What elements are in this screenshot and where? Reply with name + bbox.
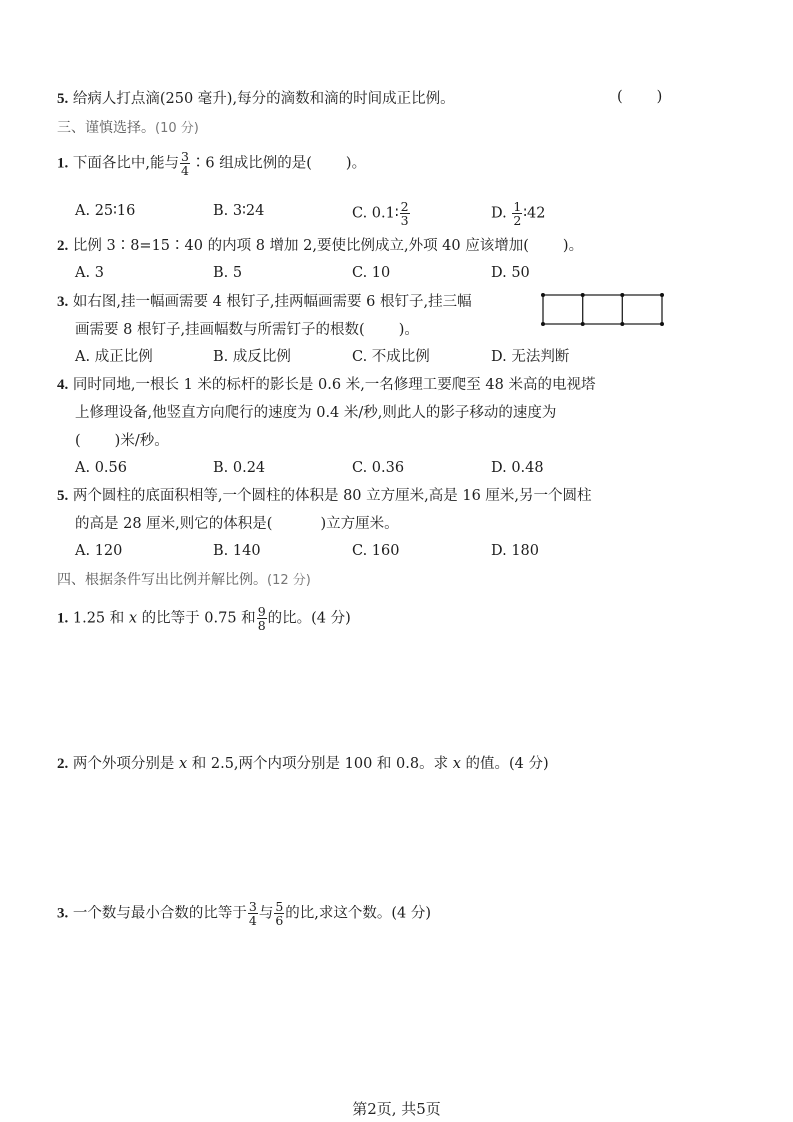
question-text-end: )。 [399,322,419,338]
answer-area-1[interactable] [57,640,677,740]
choice-question-1: 1. 下面各比中,能与34∶6 组成比例的是()。 [57,150,366,177]
option-text: D. [491,206,507,222]
solve-question-2: 2. 两个外项分别是 x 和 2.5,两个内项分别是 100 和 0.8。求 x… [57,754,549,774]
option-text: ∶42 [523,206,545,222]
option-text: C. 0.1∶ [352,206,399,222]
option-c[interactable]: C. 10 [352,262,390,284]
numerator: 3 [180,150,190,164]
answer-area-3[interactable] [57,935,677,1075]
solve-question-1: 1. 1.25 和 x 的比等于 0.75 和98的比。(4 分) [57,605,351,632]
question-continuation: 上修理设备,他竖直方向爬行的速度为 0.4 米/秒,则此人的影子移动的速度为 [75,403,556,423]
question-continuation: ()米/秒。 [75,431,169,451]
options-row: A. 成正比例 B. 成反比例 C. 不成比例 D. 无法判断 [75,346,675,368]
question-text: 1.25 和 [73,611,129,627]
option-d[interactable]: D. 50 [491,262,530,284]
option-a[interactable]: A. 25∶16 [75,200,135,222]
choice-question-3: 3. 如右图,挂一幅画需要 4 根钉子,挂两幅画需要 6 根钉子,挂三幅 [57,292,472,312]
choice-question-2: 2. 比例 3∶8=15∶40 的内项 8 增加 2,要使比例成立,外项 40 … [57,236,583,256]
question-text: 比例 3∶8=15∶40 的内项 8 增加 2,要使比例成立,外项 40 应该增… [73,238,529,254]
question-text: 两个外项分别是 [73,756,179,772]
question-text: 两个圆柱的底面积相等,一个圆柱的体积是 80 立方厘米,高是 16 厘米,另一个… [73,488,592,504]
section-heading-4: 四、根据条件写出比例并解比例。(12 分) [57,570,311,591]
question-text-end: )米/秒。 [115,433,169,449]
answer-blank[interactable]: () [617,89,662,105]
options-row: A. 0.56 B. 0.24 C. 0.36 D. 0.48 [75,457,675,479]
question-text-end: )立方厘米。 [320,516,398,532]
question-number: 4. [57,377,68,393]
section-points: (10 分) [155,121,199,136]
question-number: 1. [57,611,68,627]
page-number: 第2页, 共5页 [0,1098,793,1119]
option-d[interactable]: D. 180 [491,540,539,562]
denominator: 4 [248,914,258,927]
question-number: 3. [57,294,68,310]
denominator: 4 [180,164,190,177]
question-text: 一个数与最小合数的比等于 [73,906,247,922]
fraction: 56 [274,900,284,927]
numerator: 9 [257,605,267,619]
choice-question-5: 5. 两个圆柱的底面积相等,一个圆柱的体积是 80 立方厘米,高是 16 厘米,… [57,486,592,506]
question-text: 的比等于 0.75 和 [137,611,256,627]
question-text: 和 2.5,两个内项分别是 100 和 0.8。求 [187,756,453,772]
numerator: 1 [512,200,522,214]
question-text: 上修理设备,他竖直方向爬行的速度为 0.4 米/秒,则此人的影子移动的速度为 [75,405,556,421]
fraction: 98 [257,605,267,632]
answer-area-2[interactable] [57,785,677,885]
option-d[interactable]: D. 0.48 [491,457,544,479]
option-c[interactable]: C. 0.36 [352,457,404,479]
question-text: 如右图,挂一幅画需要 4 根钉子,挂两幅画需要 6 根钉子,挂三幅 [73,294,472,310]
option-c[interactable]: C. 160 [352,540,399,562]
question-number: 2. [57,238,68,254]
denominator: 3 [400,214,410,227]
question-text-end: )。 [563,238,583,254]
solve-question-3: 3. 一个数与最小合数的比等于34与56的比,求这个数。(4 分) [57,900,431,927]
question-text: 与 [259,906,274,922]
question-text: 给病人打点滴(250 毫升),每分的滴数和滴的时间成正比例。 [73,91,455,107]
question-continuation: 画需要 8 根钉子,挂画幅数与所需钉子的根数()。 [75,320,419,340]
options-row: A. 120 B. 140 C. 160 D. 180 [75,540,675,562]
question-text-end: )。 [346,156,366,172]
option-b[interactable]: B. 成反比例 [213,346,291,368]
question-text: 下面各比中,能与 [73,156,179,172]
option-b[interactable]: B. 140 [213,540,261,562]
paren-left: ( [75,433,81,449]
option-d[interactable]: D. 无法判断 [491,346,569,368]
section-heading-3: 三、谨慎选择。(10 分) [57,118,199,139]
numerator: 2 [400,200,410,214]
question-text: 的比。(4 分) [268,611,351,627]
question-number: 3. [57,906,68,922]
question-text: 画需要 8 根钉子,挂画幅数与所需钉子的根数( [75,322,365,338]
fraction: 23 [400,200,410,227]
option-a[interactable]: A. 120 [75,540,122,562]
option-b[interactable]: B. 0.24 [213,457,265,479]
question-text: 的比,求这个数。(4 分) [285,906,431,922]
options-row: A. 3 B. 5 C. 10 D. 50 [75,262,675,284]
options-row: A. 25∶16 B. 3∶24 C. 0.1∶23 D. 12∶42 [75,200,675,222]
option-c[interactable]: C. 0.1∶23 [352,200,411,227]
judgment-question-5: 5. 给病人打点滴(250 毫升),每分的滴数和滴的时间成正比例。 [57,89,455,109]
paren-left: ( [617,89,623,105]
question-number: 5. [57,91,68,107]
variable-x: x [179,756,187,772]
question-text: 同时同地,一根长 1 米的标杆的影长是 0.6 米,一名修理工要爬至 48 米高… [73,377,596,393]
fraction: 34 [180,150,190,177]
option-c[interactable]: C. 不成比例 [352,346,430,368]
question-text: 的值。(4 分) [461,756,549,772]
denominator: 2 [512,214,522,227]
choice-question-4: 4. 同时同地,一根长 1 米的标杆的影长是 0.6 米,一名修理工要爬至 48… [57,375,595,395]
numerator: 5 [274,900,284,914]
denominator: 6 [274,914,284,927]
question-number: 5. [57,488,68,504]
section-points: (12 分) [267,573,311,588]
variable-x: x [453,756,461,772]
section-title: 四、根据条件写出比例并解比例。 [57,572,267,588]
option-a[interactable]: A. 3 [75,262,104,284]
question-number: 2. [57,756,68,772]
paren-right: ) [657,89,663,105]
fraction: 34 [248,900,258,927]
variable-x: x [129,611,137,627]
numerator: 3 [248,900,258,914]
question-number: 1. [57,156,68,172]
option-d[interactable]: D. 12∶42 [491,200,546,227]
denominator: 8 [257,619,267,632]
hanging-pictures-figure [540,292,666,328]
question-text: 的高是 28 厘米,则它的体积是( [75,516,272,532]
question-continuation: 的高是 28 厘米,则它的体积是()立方厘米。 [75,514,399,534]
option-b[interactable]: B. 3∶24 [213,200,264,222]
question-text: ∶6 组成比例的是( [191,156,312,172]
section-title: 三、谨慎选择。 [57,120,155,136]
option-a[interactable]: A. 0.56 [75,457,127,479]
fraction: 12 [512,200,522,227]
option-a[interactable]: A. 成正比例 [75,346,153,368]
option-b[interactable]: B. 5 [213,262,242,284]
